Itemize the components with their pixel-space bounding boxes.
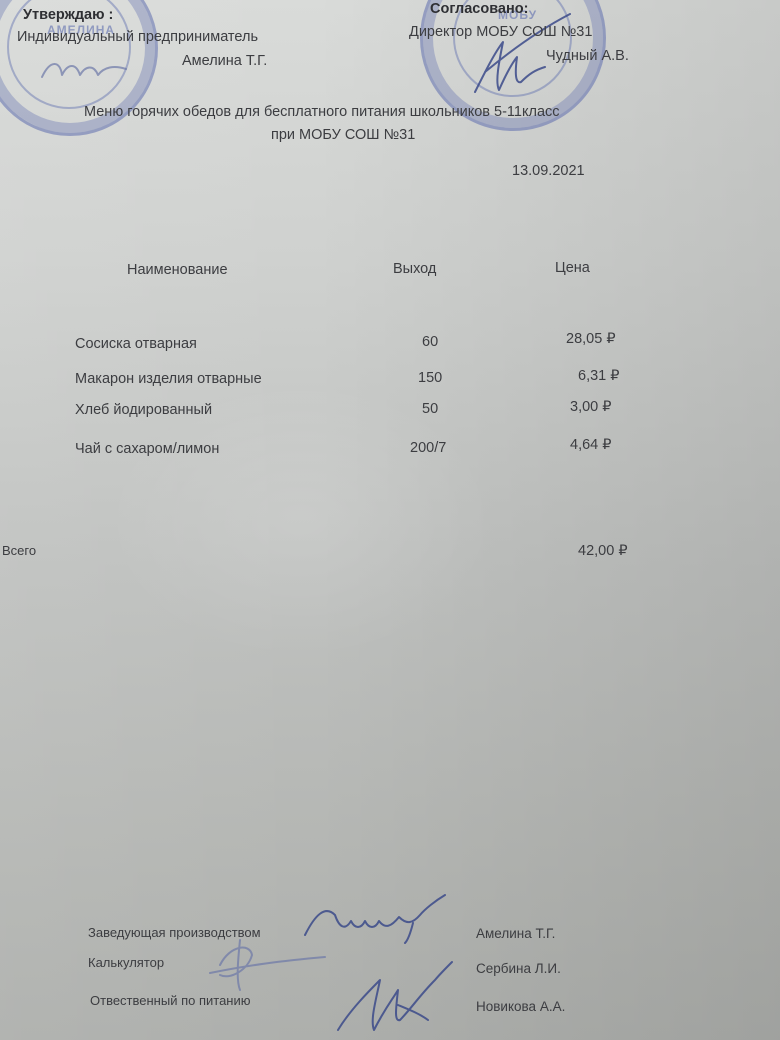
title-line-1: Меню горячих обедов для бесплатного пита… xyxy=(84,104,560,120)
title-line-2: при МОБУ СОШ №31 xyxy=(271,127,415,143)
row-price: 3,00 ₽ xyxy=(570,399,611,415)
approve-label: Утверждаю : xyxy=(23,7,113,23)
row-price: 28,05 ₽ xyxy=(566,331,616,347)
agreed-position: Директор МОБУ СОШ №31 xyxy=(409,24,592,40)
approve-name: Амелина Т.Г. xyxy=(182,53,267,69)
row-price: 6,31 ₽ xyxy=(578,368,619,384)
row-yield: 50 xyxy=(422,401,438,417)
agreed-label: Согласовано: xyxy=(430,1,528,17)
row-price: 4,64 ₽ xyxy=(570,437,611,453)
column-header-name: Наименование xyxy=(127,262,228,278)
column-header-yield: Выход xyxy=(393,261,436,277)
responsible-signature xyxy=(330,960,460,1040)
row-name: Чай с сахаром/лимон xyxy=(75,441,219,457)
signature-role-production-head: Заведующая производством xyxy=(88,925,261,940)
total-label: Всего xyxy=(2,543,36,558)
left-stamp-signature xyxy=(40,55,130,85)
column-header-price: Цена xyxy=(555,260,590,276)
menu-date: 13.09.2021 xyxy=(512,163,585,179)
signature-name-production-head: Амелина Т.Г. xyxy=(476,926,555,941)
row-name: Хлеб йодированный xyxy=(75,402,212,418)
approve-position: Индивидуальный предприниматель xyxy=(17,29,258,45)
signature-name-calculator: Сербина Л.И. xyxy=(476,961,561,976)
row-yield: 200/7 xyxy=(410,440,446,456)
paper-background xyxy=(0,0,780,1040)
signature-name-responsible: Новикова А.А. xyxy=(476,999,565,1014)
row-yield: 60 xyxy=(422,334,438,350)
row-name: Макарон изделия отварные xyxy=(75,371,262,387)
agreed-name: Чудный А.В. xyxy=(546,48,629,64)
row-yield: 150 xyxy=(418,370,442,386)
signature-role-calculator: Калькулятор xyxy=(88,955,164,970)
total-value: 42,00 ₽ xyxy=(578,543,628,559)
signature-role-responsible: Отвественный по питанию xyxy=(90,993,251,1008)
calculator-signature xyxy=(190,935,330,990)
row-name: Сосиска отварная xyxy=(75,336,197,352)
